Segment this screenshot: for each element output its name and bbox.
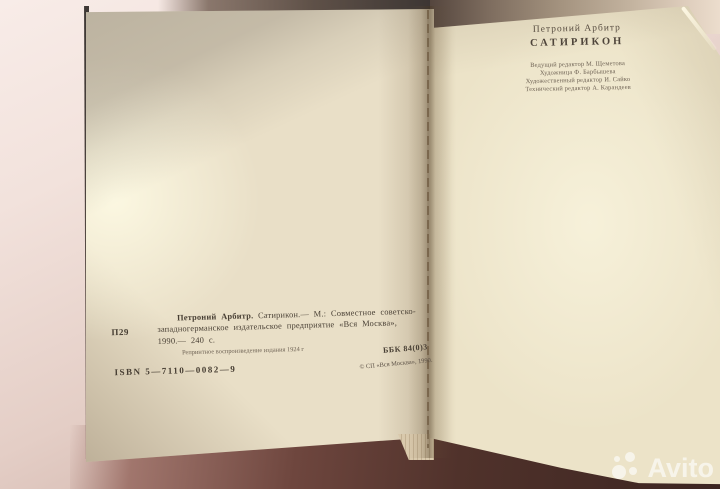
avito-watermark: Avito [612, 452, 715, 484]
credits-block: Ведущий редактор М. Щеметова Художница Ф… [455, 58, 701, 95]
catalog-entry: Петроний Арбитр. Сатирикон.— М.: Совмест… [157, 305, 432, 347]
avito-wordmark: Avito [648, 455, 715, 482]
book-gutter [408, 6, 452, 458]
title-page-text: Петроний Арбитр САТИРИКОН Ведущий редакт… [454, 21, 700, 95]
title-line: САТИРИКОН [455, 34, 700, 50]
book-photo: Петроний Арбитр САТИРИКОН Ведущий редакт… [0, 0, 720, 489]
imprint-text: П29 Петроний Арбитр. Сатирикон.— М.: Сов… [97, 305, 435, 394]
avito-logo-icon [612, 452, 643, 484]
catalog-author: Петроний Арбитр. [177, 311, 253, 322]
left-page [86, 9, 434, 462]
index-code: П29 [111, 327, 129, 337]
